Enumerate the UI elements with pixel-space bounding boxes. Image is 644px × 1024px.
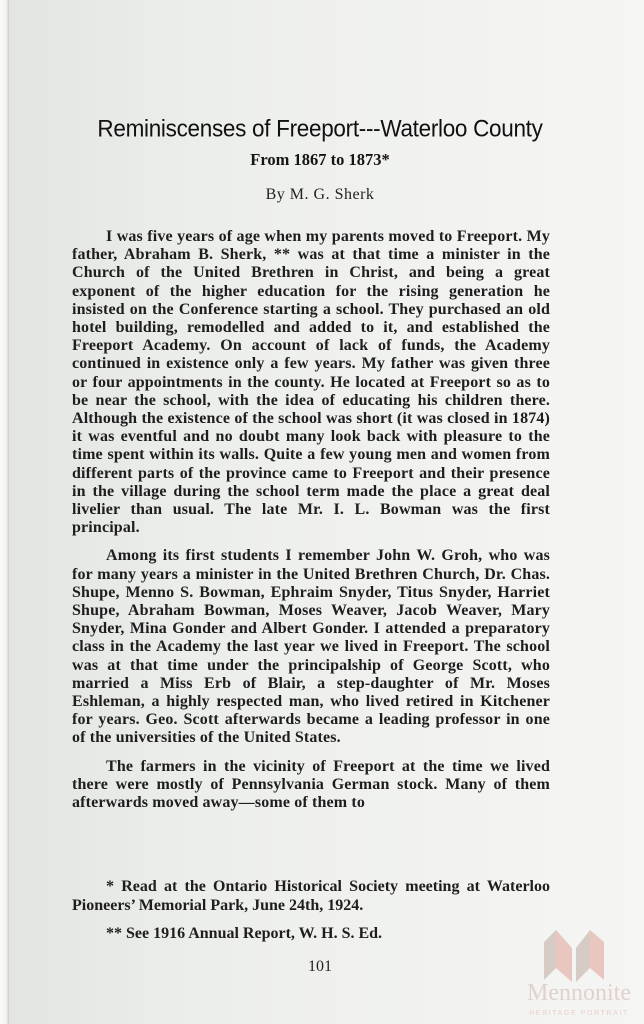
page-edge	[0, 0, 9, 1024]
paragraph: Among its first students I remember John…	[72, 547, 550, 747]
watermark-name: Mennonite	[518, 980, 640, 1007]
article-subtitle: From 1867 to 1873*	[60, 150, 580, 170]
page-number: 101	[60, 958, 580, 976]
watermark-tagline: HERITAGE PORTRAIT	[518, 1010, 640, 1017]
footnotes: * Read at the Ontario Historical Society…	[72, 878, 550, 954]
paragraph: The farmers in the vicinity of Freeport …	[72, 758, 550, 813]
footnote: ** See 1916 Annual Report, W. H. S. Ed.	[72, 925, 550, 944]
mennonite-logo-icon	[542, 928, 616, 982]
paragraph: I was five years of age when my parents …	[72, 228, 550, 537]
article-title: Reminiscenses of Freeport---Waterloo Cou…	[60, 115, 580, 143]
mennonite-heritage-watermark: Mennonite HERITAGE PORTRAIT	[518, 928, 640, 1022]
footnote: * Read at the Ontario Historical Society…	[72, 878, 550, 915]
article-body: I was five years of age when my parents …	[72, 228, 550, 822]
author-byline: By M. G. Sherk	[60, 186, 580, 204]
